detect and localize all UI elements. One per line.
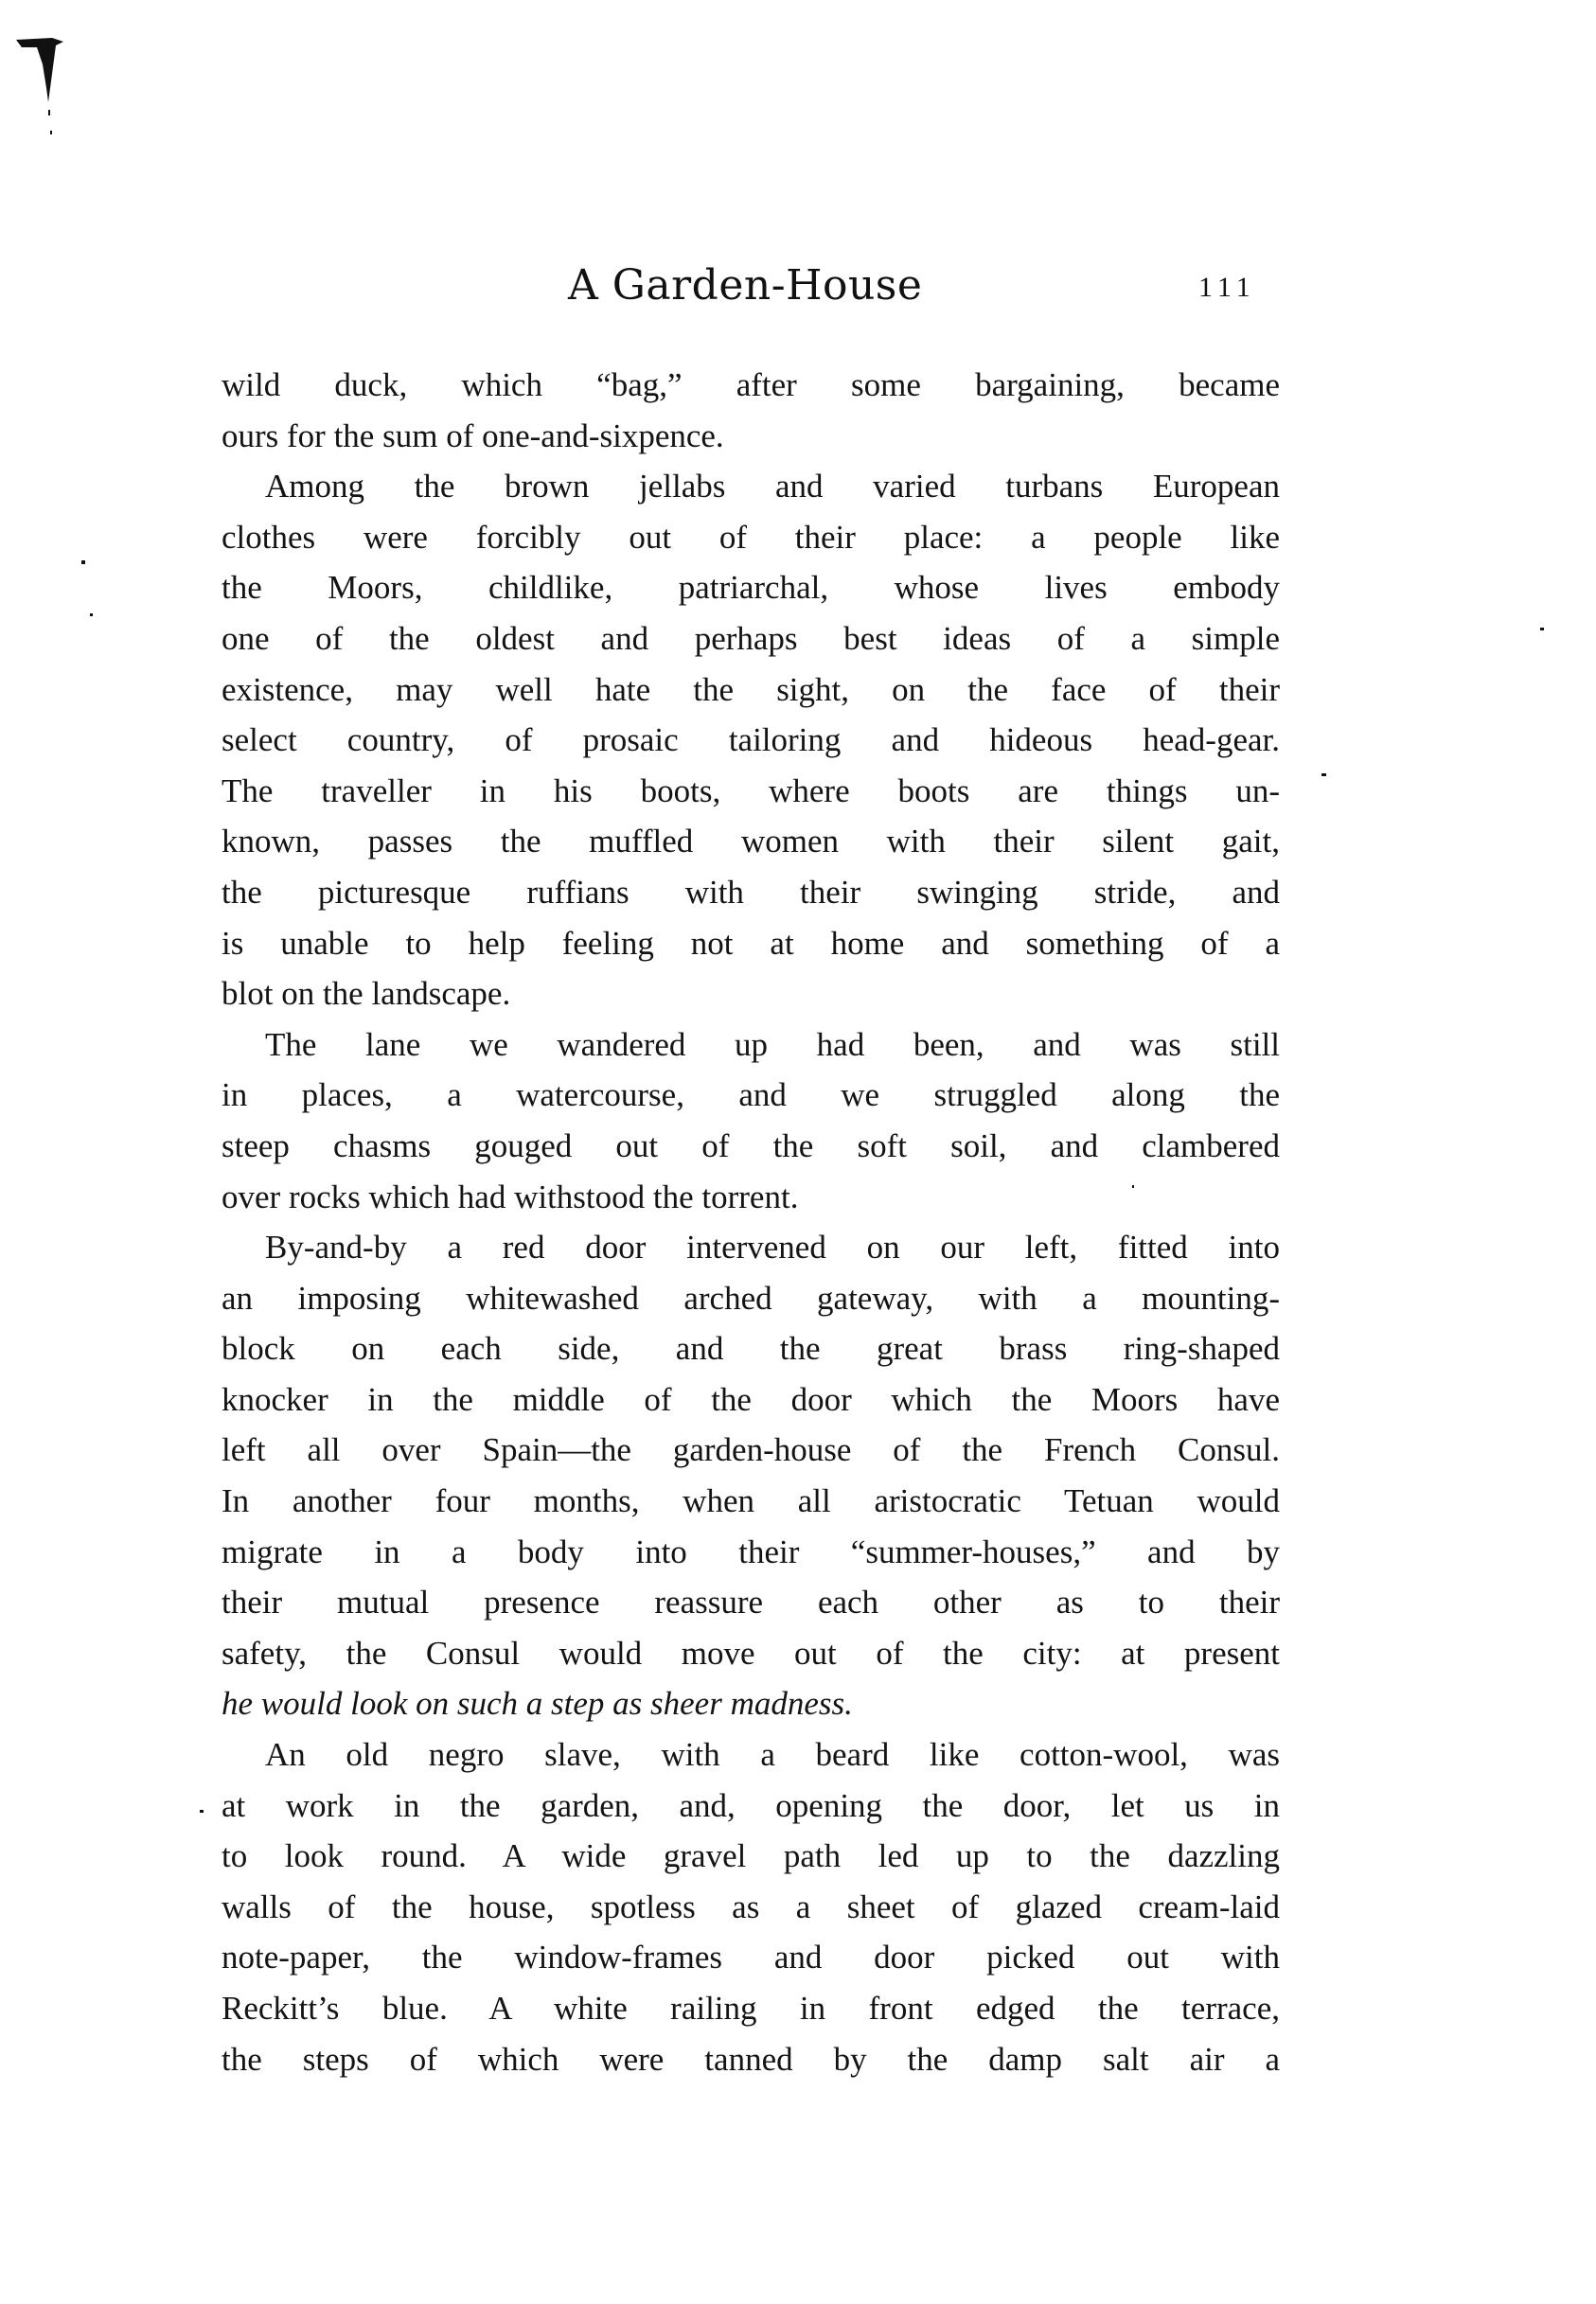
- scan-speck: [1321, 773, 1326, 776]
- text-line: block on each side, and the great brass …: [222, 1323, 1280, 1374]
- paragraph: By-and-by a red door intervened on our l…: [222, 1222, 1280, 1729]
- text-line: note-paper, the window-frames and door p…: [222, 1932, 1280, 1983]
- text-line: left all over Spain—the garden-house of …: [222, 1425, 1280, 1476]
- paragraph: An old negro slave, with a beard like co…: [222, 1729, 1280, 2084]
- book-page: A Garden-House 111 wild duck, which “bag…: [0, 0, 1596, 2304]
- text-line: an imposing whitewashed arched gateway, …: [222, 1273, 1280, 1324]
- scan-speck: [81, 560, 85, 564]
- text-line: walls of the house, spotless as a sheet …: [222, 1882, 1280, 1933]
- text-line: the picturesque ruffians with their swin…: [222, 867, 1280, 918]
- text-line: Among the brown jellabs and varied turba…: [222, 461, 1280, 512]
- body-text: wild duck, which “bag,” after some barga…: [222, 360, 1280, 2084]
- text-line: clothes were forcibly out of their place…: [222, 512, 1280, 563]
- text-line: ours for the sum of one-and-sixpence.: [222, 411, 1280, 462]
- text-line: migrate in a body into their “summer-hou…: [222, 1527, 1280, 1578]
- text-line: over rocks which had withstood the torre…: [222, 1172, 1280, 1223]
- text-line: in places, a watercourse, and we struggl…: [222, 1070, 1280, 1121]
- scan-speck: [1540, 628, 1544, 630]
- text-line: at work in the garden, and, opening the …: [222, 1781, 1280, 1832]
- text-line: knocker in the middle of the door which …: [222, 1374, 1280, 1426]
- text-line: to look round. A wide gravel path led up…: [222, 1831, 1280, 1882]
- text-line: existence, may well hate the sight, on t…: [222, 665, 1280, 716]
- text-line: their mutual presence reassure each othe…: [222, 1577, 1280, 1628]
- scan-speck: [200, 1810, 204, 1813]
- scan-speck: [90, 613, 93, 616]
- running-head: A Garden-House 111: [0, 0, 1596, 322]
- text-line: he would look on such a step as sheer ma…: [222, 1678, 1280, 1729]
- text-line: blot on the landscape.: [222, 968, 1280, 1019]
- text-line: By-and-by a red door intervened on our l…: [222, 1222, 1280, 1273]
- page-number: 111: [1198, 265, 1256, 310]
- text-line: known, passes the muffled women with the…: [222, 816, 1280, 867]
- text-line: the steps of which were tanned by the da…: [222, 2034, 1280, 2085]
- paragraph: wild duck, which “bag,” after some barga…: [222, 360, 1280, 461]
- paragraph: The lane we wandered up had been, and wa…: [222, 1019, 1280, 1222]
- text-line: The traveller in his boots, where boots …: [222, 766, 1280, 817]
- text-line: steep chasms gouged out of the soft soil…: [222, 1121, 1280, 1172]
- text-line: select country, of prosaic tailoring and…: [222, 715, 1280, 766]
- paragraph: Among the brown jellabs and varied turba…: [222, 461, 1280, 1019]
- text-line: one of the oldest and perhaps best ideas…: [222, 613, 1280, 665]
- chapter-title: A Garden-House: [568, 257, 922, 314]
- text-line: is unable to help feeling not at home an…: [222, 918, 1280, 969]
- scan-speck: [1132, 1185, 1134, 1188]
- text-line: The lane we wandered up had been, and wa…: [222, 1019, 1280, 1071]
- text-line: Reckitt’s blue. A white railing in front…: [222, 1983, 1280, 2034]
- text-line: the Moors, childlike, patriarchal, whose…: [222, 562, 1280, 613]
- text-line: wild duck, which “bag,” after some barga…: [222, 360, 1280, 411]
- text-line: safety, the Consul would move out of the…: [222, 1628, 1280, 1679]
- text-line: In another four months, when all aristoc…: [222, 1476, 1280, 1527]
- text-line: An old negro slave, with a beard like co…: [222, 1729, 1280, 1781]
